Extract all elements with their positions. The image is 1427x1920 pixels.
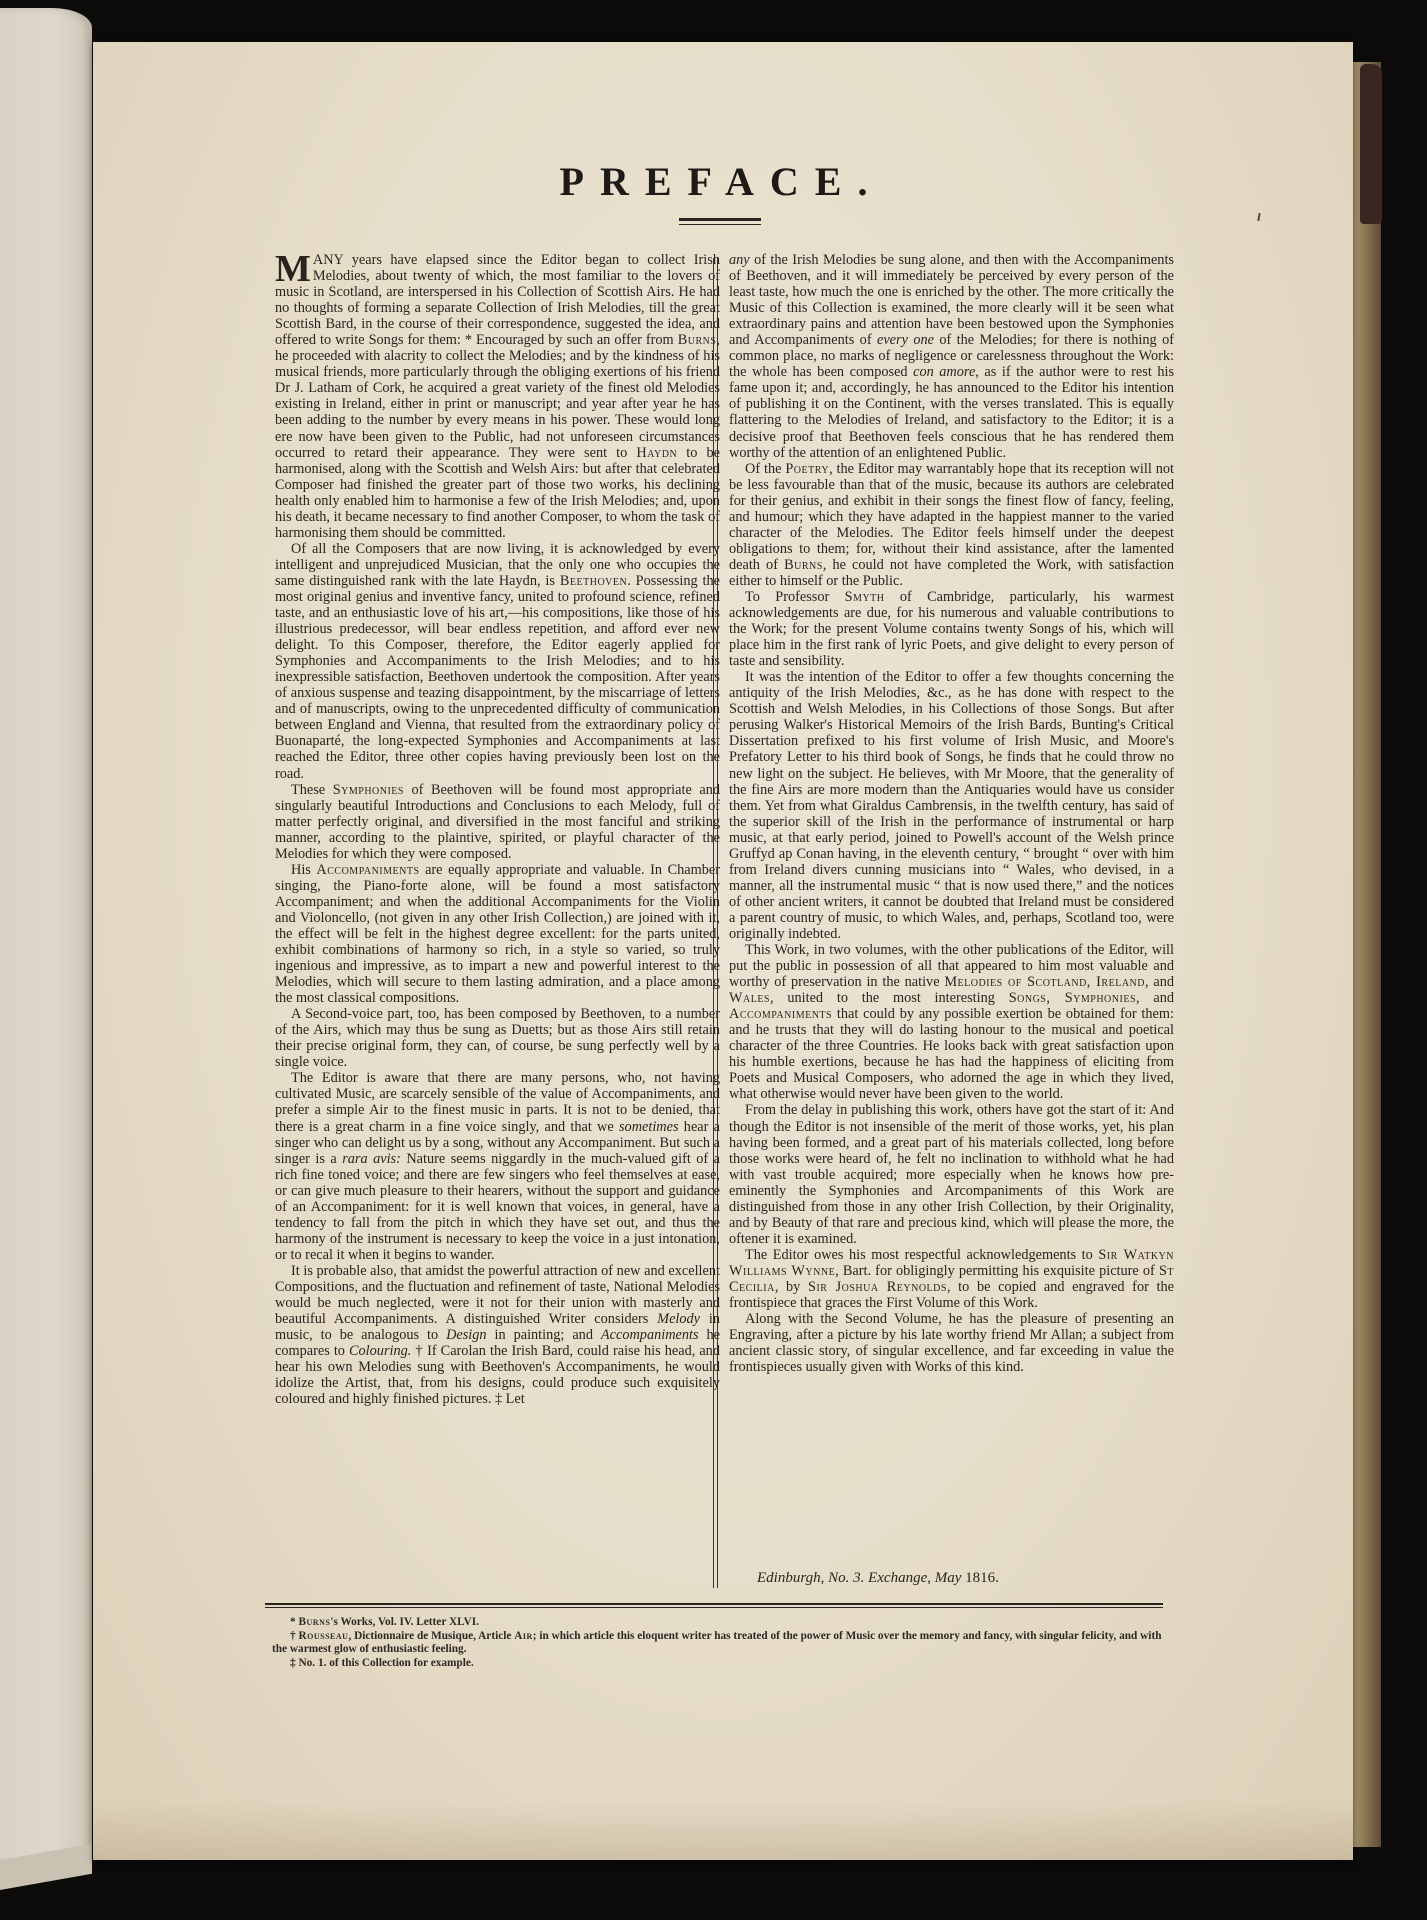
- text-run: From the delay in publishing this work, …: [729, 1102, 1174, 1246]
- text-run: His: [291, 862, 316, 878]
- text-run: A Second-voice part, too, has been compo…: [275, 1006, 720, 1070]
- small-caps-text: Accompaniments: [316, 862, 419, 878]
- text-run: Along with the Second Volume, he has the…: [729, 1311, 1174, 1375]
- text-run: Nature seems niggardly in the much-value…: [275, 1151, 720, 1263]
- text-run: . Possessing the most original genius an…: [275, 573, 720, 782]
- footnotes: * Burns's Works, Vol. IV. Letter XLVI.† …: [272, 1616, 1162, 1670]
- italic-text: any: [729, 252, 750, 268]
- italic-text: Accompaniments: [601, 1327, 699, 1343]
- footnote-rule: [265, 1603, 1163, 1608]
- small-caps-text: Burns: [678, 332, 717, 348]
- small-caps-text: Songs, Symphonies: [1009, 990, 1136, 1006]
- paragraph: A Second-voice part, too, has been compo…: [275, 1006, 720, 1070]
- book-binding-edge: [1353, 62, 1381, 1847]
- paragraph: It is probable also, that amidst the pow…: [275, 1263, 720, 1407]
- italic-text: every one: [877, 332, 934, 348]
- small-caps-text: Air: [514, 1630, 533, 1642]
- text-run: , by: [775, 1279, 808, 1295]
- small-caps-text: Sir Joshua Reynolds: [808, 1279, 947, 1295]
- text-run: , and: [1136, 990, 1174, 1006]
- footnote-text: 's Works, Vol. IV. Letter XLVI.: [330, 1616, 479, 1628]
- italic-text: Colouring.: [349, 1343, 411, 1359]
- small-caps-text: Symphonies: [333, 782, 404, 798]
- paragraph: The Editor owes his most respectful ackn…: [729, 1247, 1174, 1311]
- signature-line: Edinburgh, No. 3. Exchange, May 1816.: [757, 1570, 999, 1587]
- footnote: ‡ No. 1. of this Collection for example.: [272, 1657, 1162, 1671]
- paragraph: Of the Poetry, the Editor may warrantabl…: [729, 461, 1174, 589]
- footnote-text: , Dictionnaire de Musique, Article: [348, 1630, 514, 1642]
- footnote: * Burns's Works, Vol. IV. Letter XLVI.: [272, 1616, 1162, 1630]
- facing-page-edge: [0, 8, 92, 1863]
- small-caps-text: Wales: [729, 990, 770, 1006]
- paragraph: The Editor is aware that there are many …: [275, 1070, 720, 1263]
- italic-text: rara avis:: [342, 1151, 401, 1167]
- text-run: It is probable also, that amidst the pow…: [275, 1263, 720, 1327]
- text-run: are equally appropriate and valuable. In…: [275, 862, 720, 1006]
- paragraph: His Accompaniments are equally appropria…: [275, 862, 720, 1006]
- right-column: any of the Irish Melodies be sung alone,…: [729, 252, 1174, 1375]
- signature-year: 1816.: [965, 1570, 999, 1586]
- small-caps-text: Haydn: [636, 445, 677, 461]
- text-run: , Bart. for obligingly permitting his ex…: [835, 1263, 1159, 1279]
- paragraph: Along with the Second Volume, he has the…: [729, 1311, 1174, 1375]
- text-run: , united to the most interesting: [770, 990, 1009, 1006]
- small-caps-text: Poetry: [785, 461, 829, 477]
- small-caps-text: Beethoven: [560, 573, 627, 589]
- text-run: ANY years have elapsed since the Editor …: [275, 252, 720, 348]
- small-caps-text: Melodies of Scotland, Ireland: [944, 974, 1145, 990]
- title-rule: [679, 218, 761, 225]
- signature-place: Edinburgh, No. 3. Exchange, May: [757, 1570, 961, 1586]
- small-caps-text: Burns: [784, 557, 823, 573]
- text-run: These: [291, 782, 333, 798]
- text-run: , and: [1145, 974, 1174, 990]
- page-title: PREFACE.: [0, 158, 1427, 205]
- drop-cap: M: [275, 254, 311, 284]
- italic-text: Design: [446, 1327, 487, 1343]
- paragraph: To Professor Smyth of Cambridge, particu…: [729, 589, 1174, 669]
- left-column: MANY years have elapsed since the Editor…: [275, 252, 720, 1407]
- paragraph: Of all the Composers that are now living…: [275, 541, 720, 782]
- paragraph: any of the Irish Melodies be sung alone,…: [729, 252, 1174, 461]
- paragraph: These Symphonies of Beethoven will be fo…: [275, 782, 720, 862]
- text-run: To Professor: [745, 589, 845, 605]
- italic-text: Melody: [657, 1311, 700, 1327]
- text-run: in painting; and: [487, 1327, 601, 1343]
- small-caps-text: Burns: [298, 1616, 330, 1628]
- paragraph: From the delay in publishing this work, …: [729, 1102, 1174, 1246]
- small-caps-text: Rousseau: [298, 1630, 348, 1642]
- italic-text: con amore,: [913, 364, 979, 380]
- paragraph: MANY years have elapsed since the Editor…: [275, 252, 720, 541]
- footnote-text: No. 1. of this Collection for example.: [298, 1657, 473, 1669]
- text-run: , he proceeded with alacrity to collect …: [275, 332, 720, 460]
- column-divider: [713, 258, 718, 1588]
- small-caps-text: Smyth: [845, 589, 885, 605]
- small-caps-text: Accompaniments: [729, 1006, 832, 1022]
- paragraph: It was the intention of the Editor to of…: [729, 669, 1174, 942]
- text-run: It was the intention of the Editor to of…: [729, 669, 1174, 942]
- italic-text: sometimes: [619, 1119, 679, 1135]
- text-run: The Editor owes his most respectful ackn…: [745, 1247, 1098, 1263]
- paragraph: This Work, in two volumes, with the othe…: [729, 942, 1174, 1102]
- footnote: † Rousseau, Dictionnaire de Musique, Art…: [272, 1630, 1162, 1657]
- text-run: Of the: [745, 461, 785, 477]
